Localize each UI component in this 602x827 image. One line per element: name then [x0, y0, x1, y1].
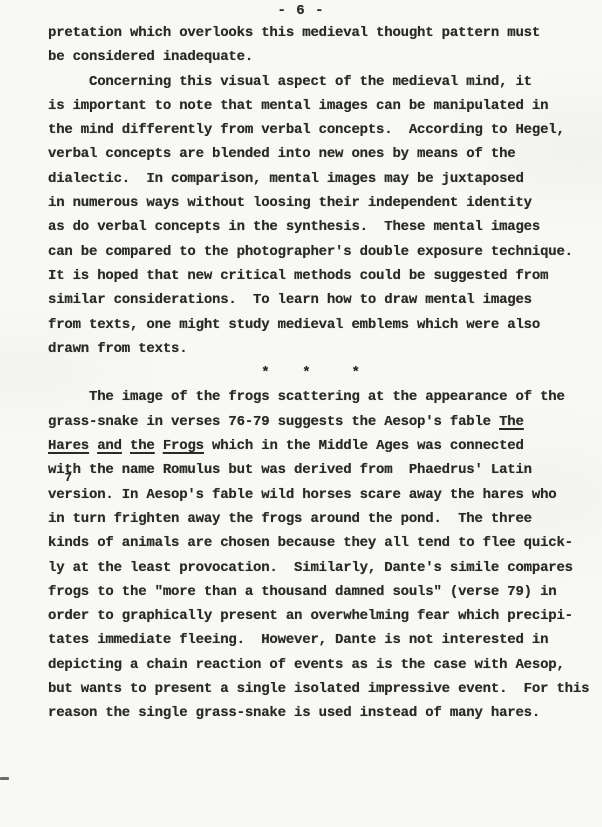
- text-line: ly at the least provocation. Similarly, …: [48, 556, 593, 580]
- text-line: similar considerations. To learn how to …: [48, 288, 593, 312]
- footnote-marker: 7: [65, 472, 72, 484]
- text-line: drawn from texts.: [48, 337, 593, 361]
- text-line: as do verbal concepts in the synthesis. …: [48, 215, 593, 239]
- text-line: 7version. In Aesop's fable wild horses s…: [48, 483, 593, 507]
- text-line: verbal concepts are blended into new one…: [48, 142, 593, 166]
- text-line: Hares and the Frogs which in the Middle …: [48, 434, 593, 458]
- text-line: depicting a chain reaction of events as …: [48, 653, 593, 677]
- document-page: - 6 - pretation which overlooks this med…: [0, 0, 602, 827]
- text-line: It is hoped that new critical methods co…: [48, 264, 593, 288]
- text-line: pretation which overlooks this medieval …: [48, 21, 593, 45]
- text-line: but wants to present a single isolated i…: [48, 677, 593, 701]
- text-line: tates immediate fleeing. However, Dante …: [48, 628, 593, 652]
- text-line: The image of the frogs scattering at the…: [48, 385, 593, 409]
- text-line: is important to note that mental images …: [48, 94, 593, 118]
- section-separator: * * *: [48, 361, 593, 385]
- text-line: be considered inadequate.: [48, 45, 593, 69]
- text-line: in turn frighten away the frogs around t…: [48, 507, 593, 531]
- text-line: reason the single grass-snake is used in…: [48, 701, 593, 725]
- text-line: kinds of animals are chosen because they…: [48, 531, 593, 555]
- text-line: can be compared to the photographer's do…: [48, 240, 593, 264]
- text-line: grass-snake in verses 76-79 suggests the…: [48, 410, 593, 434]
- text-line: with the name Romulus but was derived fr…: [48, 458, 593, 482]
- text-line: frogs to the "more than a thousand damne…: [48, 580, 593, 604]
- document-lines: pretation which overlooks this medieval …: [48, 21, 593, 726]
- text-line: Concerning this visual aspect of the med…: [48, 70, 593, 94]
- text-line: from texts, one might study medieval emb…: [48, 313, 593, 337]
- text-line: the mind differently from verbal concept…: [48, 118, 593, 142]
- text-line: order to graphically present an overwhel…: [48, 604, 593, 628]
- text-line: dialectic. In comparison, mental images …: [48, 167, 593, 191]
- scan-artifact-dash: [0, 777, 9, 780]
- text-line: in numerous ways without loosing their i…: [48, 191, 593, 215]
- page-number: - 6 -: [0, 3, 602, 19]
